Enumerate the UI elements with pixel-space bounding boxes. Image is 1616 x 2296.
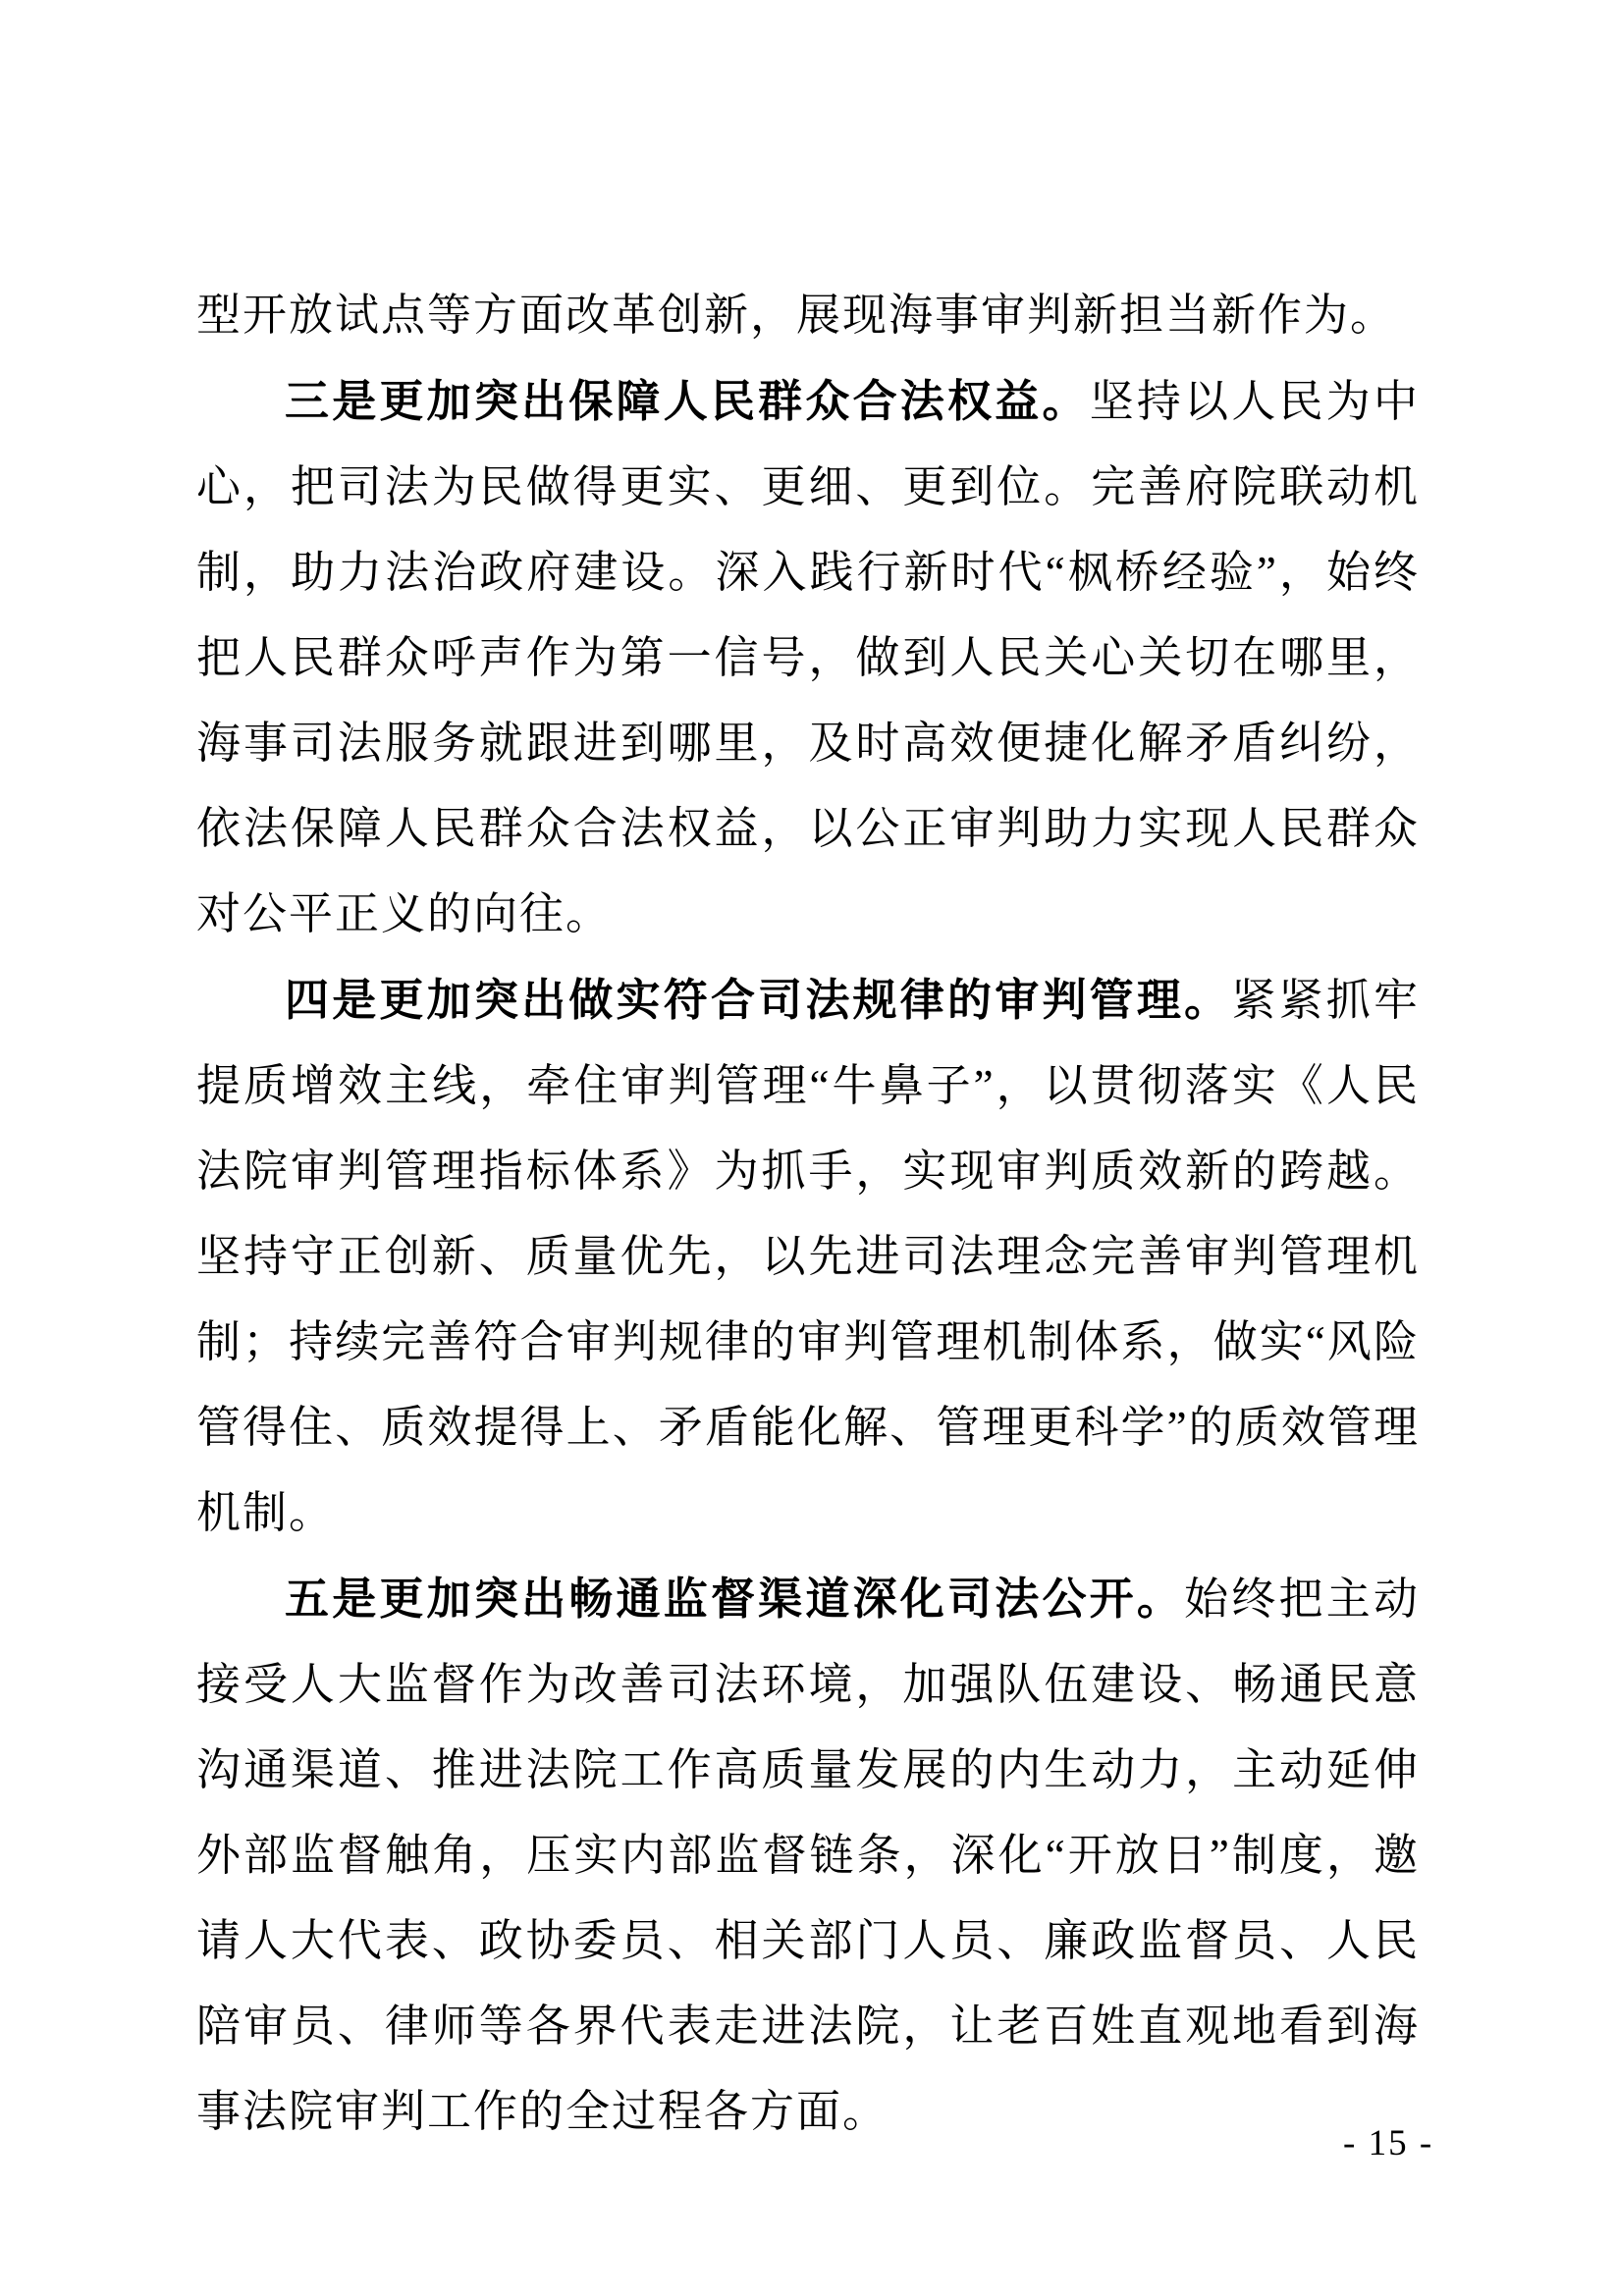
paragraph-point-four: 四是更加突出做实符合司法规律的审判管理。紧紧抓牢提质增效主线，牵住审判管理“牛鼻… [196, 957, 1420, 1556]
document-body: 型开放试点等方面改革创新，展现海事审判新担当新作为。 三是更加突出保障人民群众合… [196, 272, 1420, 2155]
paragraph-point-five: 五是更加突出畅通监督渠道深化司法公开。始终把主动接受人大监督作为改善司法环境，加… [196, 1556, 1420, 2155]
paragraph-lead-bold: 三是更加突出保障人民群众合法权益。 [285, 376, 1090, 426]
paragraph-continuation: 型开放试点等方面改革创新，展现海事审判新担当新作为。 [196, 272, 1420, 358]
document-page: 型开放试点等方面改革创新，展现海事审判新担当新作为。 三是更加突出保障人民群众合… [0, 0, 1616, 2296]
paragraph-lead-bold: 四是更加突出做实符合司法规律的审判管理。 [285, 975, 1231, 1025]
paragraph-text: 型开放试点等方面改革创新，展现海事审判新担当新作为。 [196, 291, 1396, 340]
paragraph-point-three: 三是更加突出保障人民群众合法权益。坚持以人民为中心，把司法为民做得更实、更细、更… [196, 358, 1420, 957]
paragraph-lead-bold: 五是更加突出畅通监督渠道深化司法公开。 [285, 1574, 1184, 1624]
paragraph-text: 坚持以人民为中心，把司法为民做得更实、更细、更到位。完善府院联动机制，助力法治政… [196, 377, 1420, 938]
page-number: - 15 - [1343, 2120, 1433, 2167]
paragraph-text: 始终把主动接受人大监督作为改善司法环境，加强队伍建设、畅通民意沟通渠道、推进法院… [196, 1575, 1420, 2136]
paragraph-text: 紧紧抓牢提质增效主线，牵住审判管理“牛鼻子”，以贯彻落实《人民法院审判管理指标体… [196, 976, 1420, 1537]
